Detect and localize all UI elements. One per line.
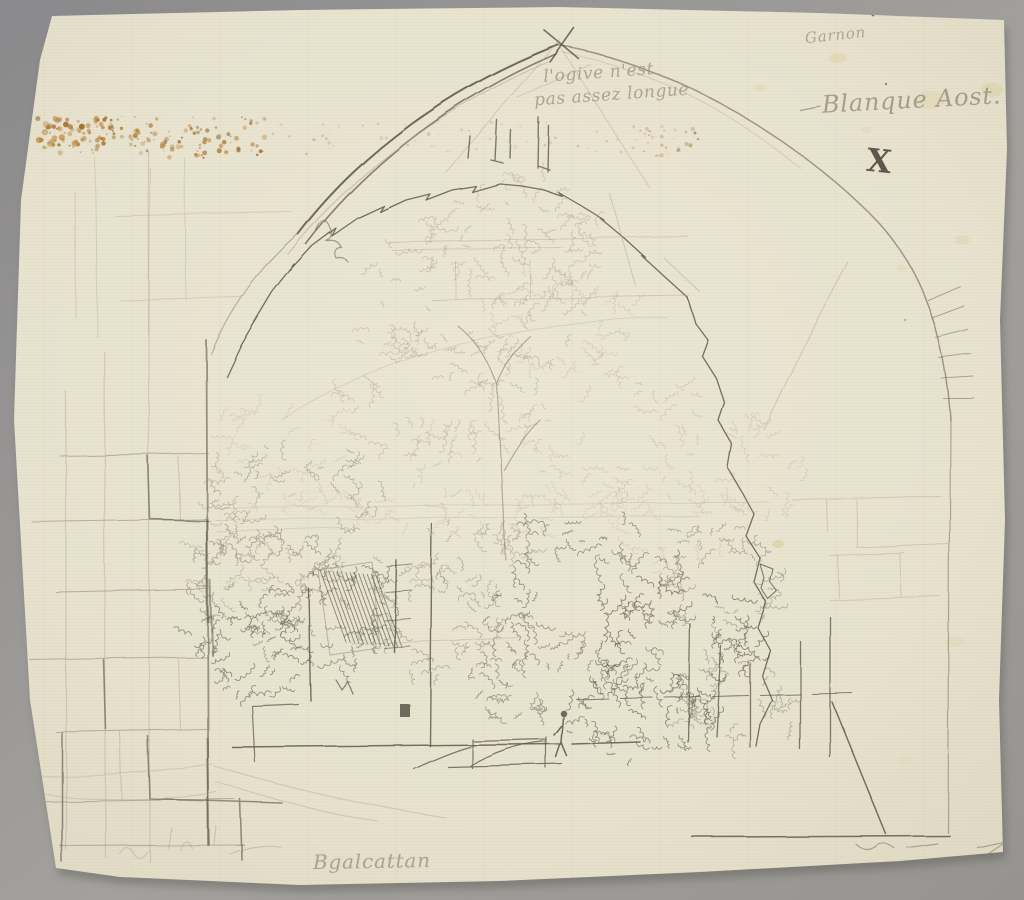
artwork-scan: l'ogive n'est pas assez longue Garnon Bl… xyxy=(0,0,1024,900)
annotation-x-mark: X xyxy=(865,141,894,181)
artwork-viewer: l'ogive n'est pas assez longue Garnon Bl… xyxy=(0,0,1024,900)
annotation-bottom-caption: Bgalcattan xyxy=(312,848,431,874)
